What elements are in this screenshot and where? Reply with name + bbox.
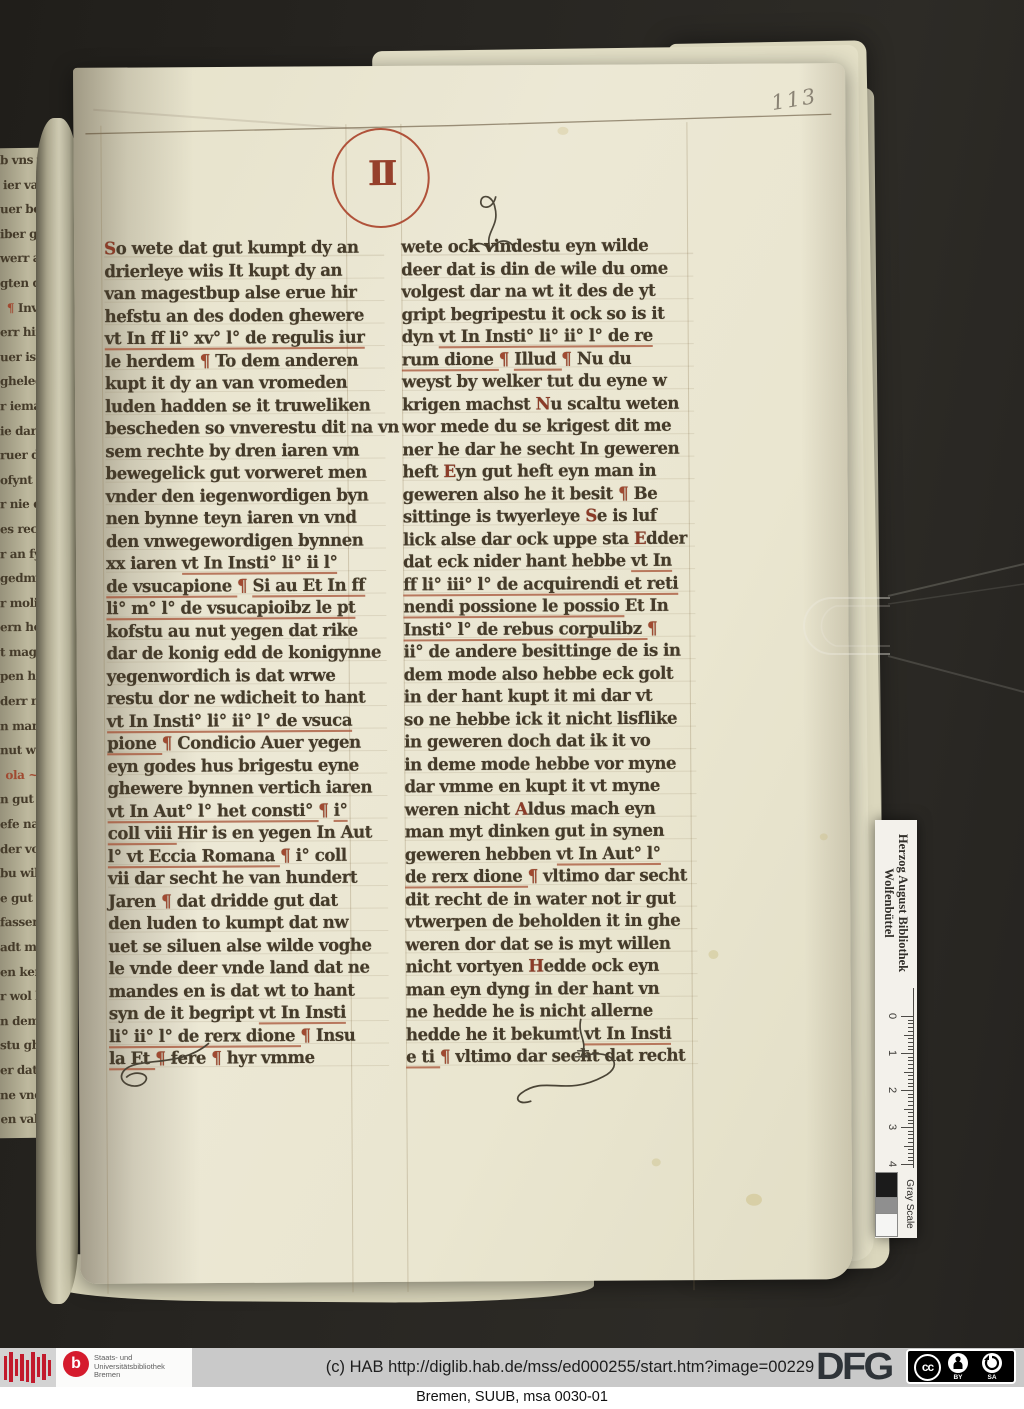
text-line: r nie de m	[0, 492, 40, 517]
text-line: weren nicht Aldus mach eyn	[405, 797, 697, 822]
text-line: ier va	[0, 172, 40, 197]
text-line: dat eck nider hant hebbe vt In	[403, 549, 695, 574]
text-line: gten dan	[0, 271, 40, 296]
cc-sa-label: SA	[982, 1374, 1002, 1381]
ruler-tick	[908, 1083, 914, 1084]
text-line: weren dor dat se is myt willen	[405, 932, 697, 957]
ruler-tick	[901, 1016, 914, 1017]
ruler-tick	[905, 1072, 915, 1073]
text-line: syn de it begript vt In Insti	[109, 1001, 389, 1026]
text-line: den vnwegewordigen bynnen	[106, 528, 386, 553]
text-line: Insti° l° de rebus corpulibz ¶	[403, 617, 695, 642]
text-line: coll viii Hir is en yegen In Aut	[108, 821, 388, 846]
text-line: krigen machst Nu scaltu weten	[402, 392, 694, 417]
text-line: kupt it dy an van vromeden	[105, 371, 385, 396]
text-line: man myt dinken gut in synen	[405, 819, 697, 844]
text-line: bewegelick gut vorweret men	[105, 461, 385, 486]
text-line: in deme mode hebbe vor myne	[404, 752, 696, 777]
text-line: adt meo	[0, 935, 40, 960]
pen-flourish-right	[511, 1016, 652, 1109]
ruler-number: 0	[886, 1009, 898, 1023]
library-name-line2: Wolfenbüttel	[882, 824, 897, 982]
ruler-tick	[908, 1160, 914, 1161]
ruler-tick	[908, 1097, 914, 1098]
cc-by-person-icon	[948, 1353, 968, 1373]
text-line: r ieman	[0, 394, 40, 419]
text-line: de vsucapione ¶ Si au Et In ff	[106, 573, 386, 598]
text-line: vt In ff li° xv° l° de regulis iur	[105, 326, 385, 351]
text-line: werr an	[0, 246, 40, 271]
page-holder-clip	[770, 540, 1024, 730]
cc-by-label: BY	[948, 1374, 968, 1381]
text-line: r molita	[0, 590, 40, 615]
dfg-logo: DFG	[816, 1346, 892, 1389]
text-line: err hir	[0, 320, 40, 345]
text-line: le herdem ¶ To dem anderen	[105, 348, 385, 373]
text-line: ne vnde	[0, 1082, 40, 1107]
text-line: dyn vt In Insti° li° ii° l° de re	[402, 324, 694, 349]
text-line: sittinge is twyerleye Se is luf	[403, 504, 695, 529]
text-line: geweren also he it besit ¶ Be	[403, 482, 695, 507]
text-line: volgest dar na wt it des de yt	[401, 279, 693, 304]
logo-bar	[20, 1354, 24, 1381]
text-line: heft Eyn gut heft eyn man in	[402, 459, 694, 484]
ruler-tick	[908, 1153, 914, 1154]
digitized-manuscript-photo: b vns wier vauer beialiber ghwerr angten…	[0, 0, 1024, 1409]
bremen-library-label: Staats- und Universitätsbibliothek Breme…	[94, 1354, 165, 1380]
text-line: lick alse dar ock uppe sta Edder	[403, 527, 695, 552]
stain	[820, 833, 828, 840]
ruler-tick	[908, 1046, 914, 1047]
ruler-tick	[908, 1075, 914, 1076]
text-line: es rechtm	[0, 517, 40, 542]
ruler-tick	[908, 1101, 914, 1102]
quire-mark-numeral: II	[334, 154, 428, 195]
text-line: bu wil he	[0, 861, 40, 886]
text-line: pione ¶ Condicio Auer yegen	[107, 731, 387, 756]
text-line: ruer des l	[0, 443, 40, 468]
text-line: ff li° iii° l° de acquirendi et reti	[403, 572, 695, 597]
text-line: ner he dar he secht In geweren	[402, 437, 694, 462]
copyright-url: (c) HAB http://diglib.hab.de/mss/ed00025…	[220, 1348, 920, 1387]
text-line: ghelegen	[0, 369, 40, 394]
ruler-tick	[908, 1134, 914, 1135]
ruler-tick	[908, 1123, 914, 1124]
manuscript-column-right: wete ock vindestu eyn wildedeer dat is d…	[401, 234, 698, 1068]
ruler-tick	[901, 1053, 914, 1054]
text-line: ie darf h	[0, 418, 40, 443]
ruler-tick	[908, 1057, 914, 1058]
text-line: So wete dat gut kumpt dy an	[104, 236, 384, 261]
text-line: in geweren doch dat ik it vo	[404, 729, 696, 754]
text-line: ii° de andere besittinge de is in	[404, 639, 696, 664]
text-line: nendi possione le possio Et In	[403, 594, 695, 619]
caption-strip: Bremen, SUUB, msa 0030-01	[0, 1387, 1024, 1409]
text-line: drierleye wiis It kupt dy an	[104, 258, 384, 283]
gray-scale-patches	[877, 1172, 898, 1236]
quire-mark-circle: II	[331, 128, 430, 229]
logo-bar	[37, 1357, 40, 1377]
ruler-tick	[908, 1049, 914, 1050]
gray-scale-patch	[875, 1213, 898, 1237]
text-line: in der hant kupt it mi dar vt	[404, 684, 696, 709]
ruler-tick	[908, 1023, 914, 1024]
ruler-tick	[908, 1086, 914, 1087]
text-line: dar de konig edd de konigynne	[107, 641, 387, 666]
credit-bar: b Staats- und Universitätsbibliothek Bre…	[0, 1348, 1024, 1387]
text-line: dar vmme en kupt it vt myne	[404, 774, 696, 799]
text-line: man eyn dyng in der hant vn	[406, 977, 698, 1002]
ruler-tick	[901, 1090, 914, 1091]
cc-icon: cc	[914, 1354, 941, 1381]
logo-bar	[15, 1359, 18, 1376]
text-line: wor mede du se krigest dit me	[402, 414, 694, 439]
gutter-fore-edge	[36, 118, 78, 1304]
text-line: vnder den iegenwordigen byn	[106, 483, 386, 508]
text-line: vt In Aut° l° het consti° ¶ i°	[108, 798, 388, 823]
ruler-tick	[901, 1127, 914, 1128]
library-name-label: Herzog August Bibliothek Wolfenbüttel	[875, 824, 917, 982]
ruler-tick	[908, 1120, 914, 1121]
text-line: Jaren ¶ dat dridde gut dat	[108, 888, 388, 913]
ruler-tick	[908, 1112, 914, 1113]
text-line: pen he m	[0, 664, 40, 689]
text-line: gript begripestu it ock so is it	[401, 302, 693, 327]
text-line: dem mode also hebbe eck golt	[404, 662, 696, 687]
ruler-tick	[905, 1035, 915, 1036]
ruler-number: 2	[886, 1083, 898, 1097]
text-line: r wol h	[0, 984, 40, 1009]
manuscript-column-left: So wete dat gut kumpt dy andrierleye wii…	[104, 236, 389, 1070]
ruler-number: 3	[886, 1120, 898, 1134]
ruler-tick	[908, 1157, 914, 1158]
gray-scale-label: Gray Scale	[899, 1172, 915, 1236]
text-line: nen bynne teyn iaren vn vnd	[106, 506, 386, 531]
text-line: ern hem	[0, 615, 40, 640]
text-line: den luden to kumpt dat nw	[108, 911, 388, 936]
logo-bar	[31, 1352, 35, 1383]
text-line: n dem e	[0, 1009, 40, 1034]
ruler-tick	[908, 1142, 914, 1143]
stain	[746, 1194, 762, 1206]
ruler-number: 1	[886, 1046, 898, 1060]
text-line: xx iaren vt In Insti° li° ii l°	[106, 551, 386, 576]
text-line: e gut m g	[0, 886, 40, 911]
text-line: dit recht de in water not ir gut	[405, 887, 697, 912]
text-line: so ne hebbe ick it nicht lisflike	[404, 707, 696, 732]
text-line: ofynt da	[0, 468, 40, 493]
text-line: de rerx dione ¶ vltimo dar secht	[405, 864, 697, 889]
text-line: der vorder	[0, 836, 40, 861]
text-line: en val	[0, 1107, 40, 1132]
ruler-tick	[908, 1060, 914, 1061]
text-line: bescheden so vnverestu dit na vn	[105, 416, 385, 441]
text-line: le vnde deer vnde land dat ne	[108, 956, 388, 981]
ruler-tick	[908, 1027, 914, 1028]
ruler-tick	[908, 1138, 914, 1139]
text-line: sem rechte by dren iaren vm	[105, 438, 385, 463]
facing-page-text-sliver: b vns wier vauer beialiber ghwerr angten…	[0, 148, 40, 1138]
text-line: luden hadden se it truweliken	[105, 393, 385, 418]
bremen-b-icon: b	[63, 1351, 89, 1377]
text-line: mandes en is dat wt to hant	[109, 978, 389, 1003]
text-line: deer dat is din de wile du ome	[401, 257, 693, 282]
library-name-line1: Herzog August Bibliothek	[896, 824, 911, 982]
calibration-ruler-rotated-content: Herzog August Bibliothek Wolfenbüttel 01…	[875, 820, 917, 1238]
pen-flourish-left	[109, 1039, 219, 1100]
text-line: ola ~	[0, 763, 40, 788]
stain	[557, 127, 568, 135]
text-line: nut wt vr	[0, 738, 40, 763]
text-line: b vns w	[0, 148, 40, 173]
text-line: er dat n	[0, 1058, 40, 1083]
text-line: van magestbup alse erue hir	[104, 281, 384, 306]
logo-bar	[9, 1352, 13, 1382]
logo-bar	[26, 1360, 29, 1382]
text-line: en kem	[0, 959, 40, 984]
ruler-tick	[905, 1109, 915, 1110]
ruler-tick	[905, 1146, 915, 1147]
text-line: n manne	[0, 713, 40, 738]
text-line: gedmy h	[0, 566, 40, 591]
text-line: efe nan d	[0, 812, 40, 837]
text-line: li° m° l° de vsucapioibz le pt	[106, 596, 386, 621]
manuscript-page: II 113 So wete dat gut kumpt dy andrierl…	[73, 63, 852, 1284]
ruler-tick	[908, 1131, 914, 1132]
ruler-tick	[908, 1020, 914, 1021]
text-line: weyst by welker tut du eyne w	[402, 369, 694, 394]
shelfmark-caption: Bremen, SUUB, msa 0030-01	[0, 1387, 1024, 1408]
ruler-tick	[908, 1094, 914, 1095]
suub-bremen-bars-logo	[0, 1348, 56, 1387]
text-line: ghewere bynnen vertich iaren	[107, 776, 387, 801]
text-line: n gut bde	[0, 787, 40, 812]
ruler-tick	[908, 1116, 914, 1117]
ruler-number: 4	[886, 1157, 898, 1171]
text-line: yegenwordich is dat wrwe	[107, 663, 387, 688]
stain	[708, 950, 718, 959]
text-line: derr ne l	[0, 689, 40, 714]
text-line: uet se siluen alse wilde voghe	[108, 933, 388, 958]
ruler-tick	[908, 1038, 914, 1039]
calibration-ruler: Herzog August Bibliothek Wolfenbüttel 01…	[875, 820, 917, 1238]
stain	[652, 1158, 661, 1166]
text-line: r an fyn	[0, 541, 40, 566]
gray-scale-patch	[875, 1172, 898, 1199]
ruler-tick	[908, 1149, 914, 1150]
text-line: ¶ Inv	[0, 295, 40, 320]
text-line: eyn godes hus brigestu eyne	[107, 753, 387, 778]
text-line: vii dar secht he van hundert	[108, 866, 388, 891]
bremen-label-line3: Bremen	[94, 1371, 165, 1380]
cc-sa-arrow-icon	[982, 1353, 1002, 1373]
text-line: wete ock vindestu eyn wilde	[401, 234, 693, 259]
text-line: nicht vortyen Hedde ock eyn	[405, 954, 697, 979]
ruler-tick	[908, 1031, 914, 1032]
text-line: rum dione ¶ Illud ¶ Nu du	[402, 347, 694, 372]
text-line: hefstu an des doden ghewere	[104, 303, 384, 328]
text-line: uer is. ei	[0, 345, 40, 370]
cc-license-badge: cc BY SA	[906, 1349, 1016, 1384]
ruler-tick	[908, 1068, 914, 1069]
text-line: fassen m	[0, 910, 40, 935]
logo-bar	[4, 1356, 7, 1380]
text-line: uer beial	[0, 197, 40, 222]
text-line: geweren hebben vt In Aut° l°	[405, 842, 697, 867]
ruler-tick	[908, 1079, 914, 1080]
text-line: restu dor ne wdicheit to hant	[107, 686, 387, 711]
text-line: stu gher	[0, 1033, 40, 1058]
ruler-tick	[901, 1164, 914, 1165]
ruler-tick	[908, 1042, 914, 1043]
logo-bar	[42, 1354, 46, 1380]
text-line: l° vt Eccia Romana ¶ i° coll	[108, 843, 388, 868]
ruler-tick	[908, 1064, 914, 1065]
text-line: t maghh	[0, 640, 40, 665]
ruler-tick	[908, 1105, 914, 1106]
top-ruling-line	[73, 63, 846, 158]
text-line: vtwerpen de beholden it in ghe	[405, 909, 697, 934]
text-line: kofstu au nut yegen dat rike	[106, 618, 386, 643]
logo-bar	[48, 1360, 51, 1376]
text-line: vt In Insti° li° ii° l° de vsuca	[107, 708, 387, 733]
text-line: iber gh	[0, 222, 40, 247]
suub-bremen-logo-block: b Staats- und Universitätsbibliothek Bre…	[56, 1348, 192, 1387]
